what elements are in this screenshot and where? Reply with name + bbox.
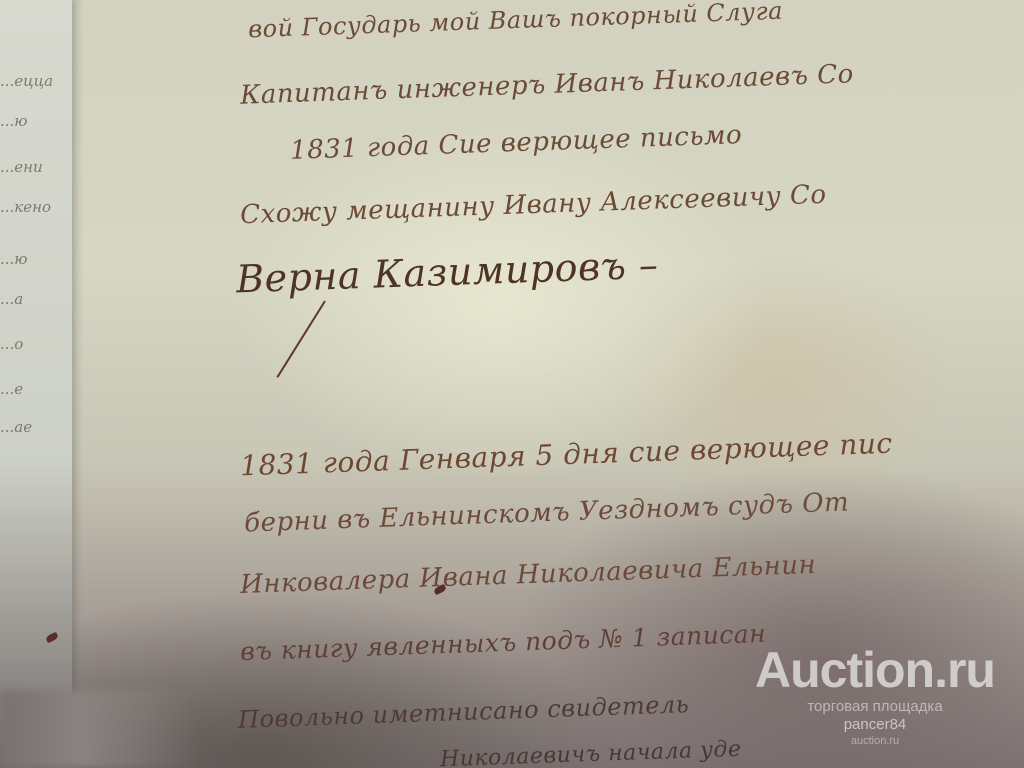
left-page-edge: ...ецца ...ю ...ени ...кено ...ю ...а ..… bbox=[0, 0, 72, 768]
watermark-brand: Auction.ru bbox=[735, 642, 1015, 698]
auction-watermark: Auction.ru торговая площадка pancer84 au… bbox=[735, 642, 1015, 748]
margin-text: ...кено bbox=[0, 198, 51, 216]
watermark-subtitle: торговая площадка bbox=[735, 698, 1015, 716]
margin-text: ...ае bbox=[0, 418, 32, 436]
margin-text: ...ени bbox=[0, 158, 43, 176]
margin-text: ...о bbox=[0, 335, 23, 353]
watermark-seller: pancer84 bbox=[735, 716, 1015, 734]
blurred-corner bbox=[0, 690, 200, 768]
margin-text: ...ю bbox=[0, 250, 28, 268]
margin-text: ...ецца bbox=[0, 72, 53, 90]
page-fold bbox=[72, 0, 84, 768]
margin-text: ...ю bbox=[0, 112, 28, 130]
margin-text: ...а bbox=[0, 290, 23, 308]
margin-text: ...е bbox=[0, 380, 23, 398]
watermark-site: auction.ru bbox=[735, 734, 1015, 748]
